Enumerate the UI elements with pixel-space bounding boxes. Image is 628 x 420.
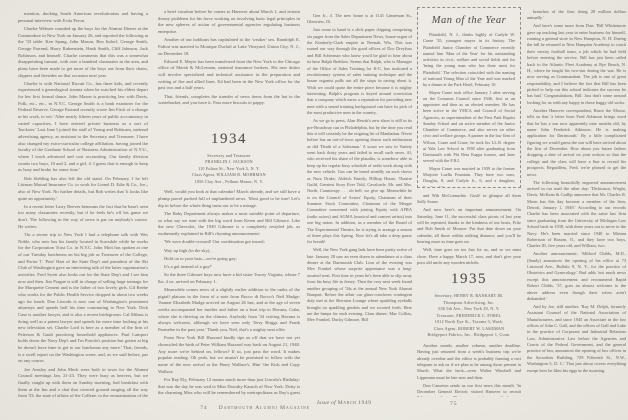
magazine-spread-scan: mention, ducking South American revoluti… (0, 0, 628, 420)
paragraph: Another of our holdouts has capitulated … (158, 37, 300, 57)
text-column-right-1: Gen Jr., 4. The new home is at 1141 Linn… (307, 13, 412, 397)
paragraph: and Wib McConnachie. Gosh! to glimpse al… (417, 193, 521, 206)
paragraph: And by Joe, still another: 'Ray M. Dolph… (527, 304, 626, 374)
section-1934: 1934 Secretary and TreasurerFRANKLIN J. … (158, 129, 300, 185)
paragraph: Way up high (in the sky), (158, 248, 300, 255)
paragraph: And here's some more from Don: 'Bill Whi… (527, 23, 626, 106)
paragraph: mention, ducking South American revoluti… (18, 11, 148, 24)
paragraph: That, friends, completes the transfer of… (158, 94, 300, 107)
paragraph: Meanwhile comes news of a slightly earli… (158, 287, 300, 334)
paragraph: a brief vacation before he comes to Hano… (158, 9, 300, 36)
paragraph: For Ray Ely, February 12 means much more… (158, 377, 300, 398)
class-1935-officers-block: Secretary, HENRY B. BANKART JR.Thompson … (417, 293, 521, 339)
paragraph: branches of the firm doing 28 million do… (527, 9, 626, 22)
section-1935: 1935 Secretary, HENRY B. BANKART JR.Thom… (417, 269, 521, 339)
paragraph: Another month, another column, another d… (417, 343, 521, 381)
paragraph: And now here's an important announcement… (417, 207, 521, 245)
text-column-right-3: branches of the firm doing 28 million do… (527, 9, 626, 397)
class-1933-notes-end: a brief vacation before he comes to Hano… (158, 9, 300, 126)
paragraph: Don Cameron sends us our first news this… (417, 383, 521, 397)
paragraph: Another announcement: 'Milford Childs, M… (527, 251, 626, 302)
paragraph: Well, time goes on too fast for us, and … (417, 247, 521, 266)
paragraph: 1056 Clay Ave., Pelham Manor, N. Y. (158, 179, 300, 186)
paragraph: As we go to press, Alan Hewitt's new sho… (307, 118, 412, 246)
paragraph: Bridgeport Fabrics, Inc., Bridgeport 1, … (417, 332, 521, 339)
class-1934-officers-block: Secretary and TreasurerFRANKLIN J. JACKS… (158, 153, 300, 186)
paragraph: The following beautifully engraved annou… (527, 180, 626, 250)
footer-magazine-title: Dartmouth Alumni Magazine (219, 405, 310, 411)
paragraph: Gen Jr., 4. The new home is at 1141 Linn… (307, 13, 412, 26)
paragraph: Mayor Crane was married in 1939 to the f… (423, 166, 515, 188)
text-column-left-2: a brief vacation before he comes to Hano… (158, 9, 300, 398)
class-1935-notes: Another month, another column, another d… (417, 343, 521, 397)
paragraph: 'We were double-crossed! Our combination… (158, 239, 300, 246)
paragraph: Hold on to your hats—we're going gay; (158, 256, 300, 263)
footer-issue-date: March 1949 (338, 400, 372, 406)
class-1934-notes: Well, would you look at that calendar! M… (158, 189, 300, 398)
paragraph: Plainfield, N. J., thinks highly of Carl… (423, 32, 515, 88)
paragraph: So the three Gilmore boys now have a kid… (158, 272, 300, 285)
text-column-left-1: mention, ducking South American revoluti… (18, 11, 148, 397)
paragraph: Joe Amsley and John Meck were both in to… (18, 367, 148, 397)
paragraph: Charlie is with National Biscuit Co., ha… (18, 81, 148, 174)
text-column-right-2: Man of the Year Plainfield, N. J., think… (417, 7, 521, 397)
section-heading-1935: 1935 (417, 269, 521, 291)
paragraph: Edward E. Mayer has been transferred fro… (158, 59, 300, 92)
paragraph: The Baby Department always makes a most … (158, 211, 300, 238)
section-heading-1934: 1934 (158, 129, 300, 151)
paragraph: Bob Stehling has also left the old stand… (18, 176, 148, 203)
paragraph: Charlie Webster rounded up the boys for … (18, 26, 148, 79)
footer-issue-prefix: Issue of (317, 400, 336, 406)
class-1934-notes-end: and Wib McConnachie. Gosh! to glimpse al… (417, 193, 521, 266)
paragraph: Well, would you look at that calendar! M… (158, 189, 300, 209)
paragraph: From New York Bill Hazzard kindly tips u… (158, 335, 300, 375)
man-of-the-year-body: Plainfield, N. J., thinks highly of Carl… (423, 32, 515, 188)
left-page-footer: 74 Dartmouth Alumni Magazine (0, 405, 310, 411)
paragraph: Just come to hand is a slick paper clipp… (307, 27, 412, 116)
man-of-the-year-box: Man of the Year Plainfield, N. J., think… (417, 7, 521, 188)
paragraph: Mayor Crane took office January 1 after … (423, 90, 515, 165)
paragraph: Another Hanover correspondent, Bruce the… (527, 108, 626, 178)
right-page-footer-issue: Issue of March 1949 (317, 400, 371, 406)
paragraph: In a recent letter Larry Reeves bemoans … (18, 204, 148, 231)
footer-page-number-74: 74 (200, 405, 207, 411)
paragraph: It's a gal instead of a guy!' (158, 264, 300, 271)
paragraph: Well, the New York gang lads have been p… (307, 247, 412, 324)
man-of-the-year-title: Man of the Year (423, 13, 515, 28)
footer-page-number-75: 75 (450, 401, 457, 407)
paragraph: 'On a recent trip to New York I had a te… (18, 232, 148, 365)
